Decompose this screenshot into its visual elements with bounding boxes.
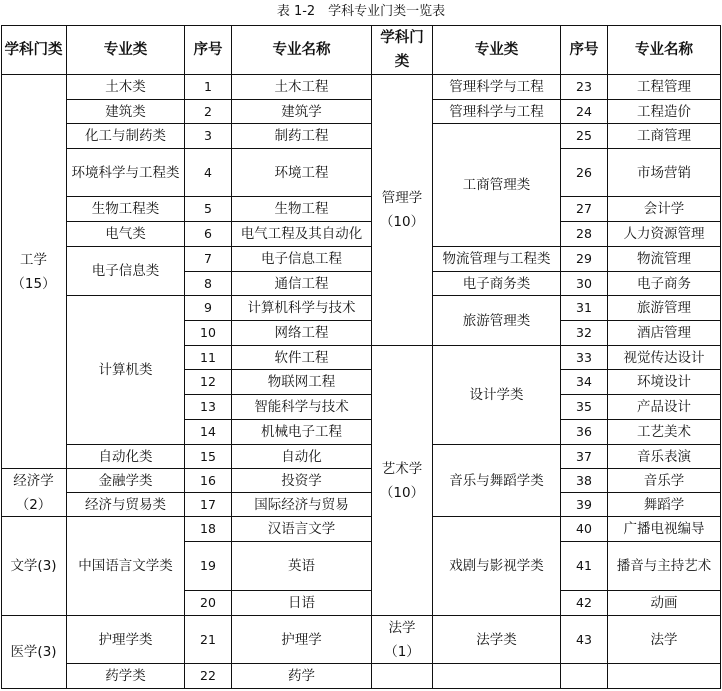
discipline-table: 学科门类专业类序号专业名称学科门类专业类序号专业名称工学 （15）经济学 （2）… [1, 25, 721, 689]
header-discipline-right-text: 学科门类 [374, 26, 430, 74]
major-cell-right-text: 会计学 [644, 197, 685, 221]
index-cell-right-text: 30 [576, 272, 592, 296]
index-cell-left-text: 10 [200, 321, 216, 345]
header-major-right: 专业名称 [608, 25, 721, 75]
category-cell-left: 电子信息类 [67, 247, 185, 296]
major-cell-left-text: 电气工程及其自动化 [241, 222, 363, 246]
category-cell-left-text: 金融学类 [99, 469, 153, 493]
major-cell-right-text: 音乐学 [644, 469, 685, 493]
major-cell-right-text: 工程造价 [637, 100, 691, 124]
major-cell-left: 电气工程及其自动化 [232, 222, 372, 247]
index-cell-right-text: 43 [576, 628, 592, 652]
category-cell-right: 音乐与舞蹈学类 [433, 445, 561, 517]
discipline-cell-left-text: 文学(3) [10, 554, 56, 578]
major-cell-left-text: 自动化 [281, 445, 322, 469]
category-cell-left-text: 计算机类 [99, 358, 153, 382]
major-cell-left: 投资学 [232, 469, 372, 493]
major-cell-right: 舞蹈学 [608, 493, 721, 517]
major-cell-right-text: 舞蹈学 [644, 493, 685, 517]
header-category-right: 专业类 [433, 25, 561, 75]
index-cell-right: 25 [561, 124, 608, 149]
index-cell-right: 29 [561, 247, 608, 272]
major-cell-right: 物流管理 [608, 247, 721, 272]
major-cell-left-text: 制药工程 [275, 124, 329, 148]
major-cell-right-text: 广播电视编导 [624, 517, 705, 541]
index-cell-left: 10 [185, 321, 232, 346]
major-cell-right: 法学 [608, 616, 721, 664]
category-cell-right: 旅游管理类 [433, 296, 561, 346]
category-cell-right-text: 旅游管理类 [463, 309, 531, 333]
major-cell-left: 机械电子工程 [232, 420, 372, 445]
category-cell-left: 化工与制药类 [67, 124, 185, 149]
index-cell-left: 6 [185, 222, 232, 247]
index-cell-left-text: 11 [200, 346, 216, 370]
index-cell-right: 43 [561, 616, 608, 664]
category-cell-left-text: 电气类 [105, 222, 146, 246]
major-cell-left: 生物工程 [232, 197, 372, 222]
category-cell-right-text: 工商管理类 [463, 173, 531, 197]
major-cell-left: 日语 [232, 591, 372, 616]
major-cell-right-text: 物流管理 [637, 247, 691, 271]
index-cell-right: 37 [561, 445, 608, 469]
category-cell-right: 法学类 [433, 616, 561, 664]
index-cell-left: 19 [185, 542, 232, 591]
category-cell-right-text: 音乐与舞蹈学类 [449, 469, 544, 493]
major-cell-left-text: 网络工程 [275, 321, 329, 345]
major-cell-right: 音乐表演 [608, 445, 721, 469]
index-cell-right-text: 29 [576, 247, 592, 271]
category-cell-left: 中国语言文学类 [67, 517, 185, 616]
index-cell-left-text: 12 [200, 370, 216, 394]
index-cell-left-text: 4 [204, 161, 212, 185]
index-cell-left: 11 [185, 346, 232, 370]
index-cell-left-text: 13 [200, 395, 216, 419]
index-cell-left: 4 [185, 149, 232, 197]
discipline-cell-right-text: 管理学 （10） [380, 186, 424, 234]
index-cell-left: 12 [185, 370, 232, 395]
major-cell-right: 人力资源管理 [608, 222, 721, 247]
index-cell-left: 5 [185, 197, 232, 222]
major-cell-left-text: 通信工程 [275, 272, 329, 296]
header-index-right: 序号 [561, 25, 608, 75]
major-cell-right: 播音与主持艺术 [608, 542, 721, 591]
index-cell-right: 23 [561, 75, 608, 100]
discipline-cell-right: 管理学 （10） [372, 75, 433, 346]
index-cell-left: 18 [185, 517, 232, 542]
major-cell-right [608, 664, 721, 689]
index-cell-right: 30 [561, 272, 608, 296]
index-cell-right: 31 [561, 296, 608, 321]
major-cell-right: 工商管理 [608, 124, 721, 149]
major-cell-right: 会计学 [608, 197, 721, 222]
major-cell-right: 环境设计 [608, 370, 721, 395]
header-index-right-text: 序号 [570, 38, 599, 62]
major-cell-right-text: 旅游管理 [637, 296, 691, 320]
major-cell-right: 酒店管理 [608, 321, 721, 346]
category-cell-left: 药学类 [67, 664, 185, 689]
discipline-cell-left: 文学(3) [1, 517, 67, 616]
category-cell-left-text: 电子信息类 [92, 259, 160, 283]
major-cell-right: 视觉传达设计 [608, 346, 721, 370]
major-cell-left: 通信工程 [232, 272, 372, 296]
major-cell-left-text: 物联网工程 [268, 370, 336, 394]
category-cell-right: 电子商务类 [433, 272, 561, 296]
index-cell-right: 40 [561, 517, 608, 542]
major-cell-right: 电子商务 [608, 272, 721, 296]
index-cell-right: 27 [561, 197, 608, 222]
header-category-right-text: 专业类 [475, 38, 519, 62]
category-cell-left-text: 自动化类 [99, 445, 153, 469]
major-cell-right-text: 视觉传达设计 [624, 346, 705, 370]
major-cell-left: 智能科学与技术 [232, 395, 372, 420]
discipline-cell-right: 艺术学 （10） [372, 346, 433, 616]
major-cell-right: 广播电视编导 [608, 517, 721, 542]
index-cell-right: 42 [561, 591, 608, 616]
category-cell-left: 护理学类 [67, 616, 185, 664]
major-cell-left: 自动化 [232, 445, 372, 469]
header-discipline-left: 学科门类 [1, 25, 67, 75]
index-cell-left: 13 [185, 395, 232, 420]
major-cell-left: 网络工程 [232, 321, 372, 346]
major-cell-left: 软件工程 [232, 346, 372, 370]
major-cell-right-text: 环境设计 [637, 370, 691, 394]
major-cell-right-text: 工商管理 [637, 124, 691, 148]
major-cell-right-text: 工程管理 [637, 75, 691, 99]
major-cell-left: 汉语言文学 [232, 517, 372, 542]
discipline-cell-left-text: 医学(3) [10, 640, 56, 664]
index-cell-left: 17 [185, 493, 232, 517]
category-cell-right-text: 管理科学与工程 [449, 100, 544, 124]
major-cell-left-text: 智能科学与技术 [254, 395, 349, 419]
major-cell-left-text: 汉语言文学 [268, 517, 336, 541]
index-cell-left-text: 6 [204, 222, 212, 246]
index-cell-right-text: 38 [576, 469, 592, 493]
major-cell-left: 制药工程 [232, 124, 372, 149]
header-index-left: 序号 [185, 25, 232, 75]
category-cell-left: 电气类 [67, 222, 185, 247]
discipline-cell-right: 法学 （1） [372, 616, 433, 664]
index-cell-right: 26 [561, 149, 608, 197]
index-cell-left: 22 [185, 664, 232, 689]
index-cell-right-text: 37 [576, 445, 592, 469]
major-cell-right: 音乐学 [608, 469, 721, 493]
category-cell-left-text: 化工与制药类 [85, 124, 166, 148]
header-index-left-text: 序号 [194, 38, 223, 62]
index-cell-right: 32 [561, 321, 608, 346]
index-cell-left: 3 [185, 124, 232, 149]
index-cell-right: 36 [561, 420, 608, 445]
major-cell-left-text: 投资学 [281, 469, 322, 493]
header-discipline-left-text: 学科门类 [5, 38, 63, 62]
index-cell-left: 7 [185, 247, 232, 272]
index-cell-left: 21 [185, 616, 232, 664]
discipline-cell-left-text: 经济学 （2） [13, 469, 54, 517]
index-cell-left-text: 14 [200, 420, 216, 444]
index-cell-right: 28 [561, 222, 608, 247]
index-cell-right-text: 39 [576, 493, 592, 517]
index-cell-right-text: 33 [576, 346, 592, 370]
category-cell-left: 环境科学与工程类 [67, 149, 185, 197]
index-cell-left: 1 [185, 75, 232, 100]
major-cell-left: 国际经济与贸易 [232, 493, 372, 517]
index-cell-left: 8 [185, 272, 232, 296]
category-cell-right: 管理科学与工程 [433, 100, 561, 124]
index-cell-left-text: 19 [200, 554, 216, 578]
index-cell-right-text: 26 [576, 161, 592, 185]
header-category-left-text: 专业类 [104, 38, 148, 62]
category-cell-left-text: 护理学类 [99, 628, 153, 652]
index-cell-left-text: 5 [204, 197, 212, 221]
major-cell-right: 市场营销 [608, 149, 721, 197]
header-major-right-text: 专业名称 [635, 38, 693, 62]
category-cell-left-text: 生物工程类 [92, 197, 160, 221]
category-cell-left: 计算机类 [67, 296, 185, 445]
category-cell-right-text: 法学类 [476, 628, 517, 652]
discipline-cell-left-text: 工学 （15） [11, 248, 55, 296]
index-cell-right: 38 [561, 469, 608, 493]
index-cell-left: 9 [185, 296, 232, 321]
major-cell-left-text: 计算机科学与技术 [248, 296, 356, 320]
discipline-cell-left: 经济学 （2） [1, 469, 67, 517]
category-cell-left-text: 经济与贸易类 [85, 493, 166, 517]
category-cell-right: 物流管理与工程类 [433, 247, 561, 272]
category-cell-left-text: 中国语言文学类 [78, 554, 173, 578]
index-cell-right-text: 27 [576, 197, 592, 221]
major-cell-left-text: 药学 [288, 664, 315, 688]
index-cell-right-text: 25 [576, 124, 592, 148]
index-cell-right: 35 [561, 395, 608, 420]
major-cell-left: 电子信息工程 [232, 247, 372, 272]
major-cell-left-text: 生物工程 [275, 197, 329, 221]
index-cell-right: 34 [561, 370, 608, 395]
major-cell-left-text: 日语 [288, 591, 315, 615]
index-cell-right: 39 [561, 493, 608, 517]
major-cell-left-text: 护理学 [281, 628, 322, 652]
category-cell-right-text: 戏剧与影视学类 [449, 554, 544, 578]
category-cell-left-text: 土木类 [105, 75, 146, 99]
discipline-cell-right-text: 法学 （1） [384, 616, 420, 664]
major-cell-right: 动画 [608, 591, 721, 616]
major-cell-right-text: 人力资源管理 [624, 222, 705, 246]
major-cell-right-text: 电子商务 [637, 272, 691, 296]
major-cell-left-text: 英语 [288, 554, 315, 578]
header-discipline-right: 学科门类 [372, 25, 433, 75]
index-cell-right-text: 41 [576, 554, 592, 578]
index-cell-left-text: 9 [204, 296, 212, 320]
index-cell-right-text: 31 [576, 296, 592, 320]
index-cell-right: 33 [561, 346, 608, 370]
category-cell-left: 自动化类 [67, 445, 185, 469]
index-cell-right-text: 23 [576, 75, 592, 99]
index-cell-left-text: 8 [204, 272, 212, 296]
index-cell-left-text: 3 [204, 124, 212, 148]
index-cell-left: 2 [185, 100, 232, 124]
category-cell-left-text: 环境科学与工程类 [72, 161, 180, 185]
major-cell-left-text: 机械电子工程 [261, 420, 342, 444]
category-cell-right-text: 物流管理与工程类 [443, 247, 551, 271]
index-cell-right: 24 [561, 100, 608, 124]
index-cell-left-text: 1 [204, 75, 212, 99]
index-cell-left: 20 [185, 591, 232, 616]
index-cell-left-text: 20 [200, 591, 216, 615]
category-cell-right: 设计学类 [433, 346, 561, 445]
major-cell-left-text: 土木工程 [275, 75, 329, 99]
major-cell-left-text: 电子信息工程 [261, 247, 342, 271]
major-cell-left: 土木工程 [232, 75, 372, 100]
category-cell-right-text: 管理科学与工程 [449, 75, 544, 99]
major-cell-right-text: 音乐表演 [637, 445, 691, 469]
category-cell-left-text: 建筑类 [105, 100, 146, 124]
major-cell-right: 产品设计 [608, 395, 721, 420]
major-cell-right-text: 法学 [651, 628, 678, 652]
major-cell-left: 计算机科学与技术 [232, 296, 372, 321]
index-cell-right-text: 24 [576, 100, 592, 124]
table-title: 表 1-2 学科专业门类一览表 [0, 4, 722, 20]
discipline-cell-left: 工学 （15） [1, 75, 67, 469]
category-cell-left: 土木类 [67, 75, 185, 100]
index-cell-right-text: 42 [576, 591, 592, 615]
category-cell-right: 工商管理类 [433, 124, 561, 247]
index-cell-right: 41 [561, 542, 608, 591]
major-cell-right: 工程造价 [608, 100, 721, 124]
major-cell-left: 建筑学 [232, 100, 372, 124]
major-cell-left-text: 软件工程 [275, 346, 329, 370]
index-cell-right-text: 28 [576, 222, 592, 246]
category-cell-right-text: 电子商务类 [463, 272, 531, 296]
category-cell-right: 管理科学与工程 [433, 75, 561, 100]
major-cell-left-text: 建筑学 [281, 100, 322, 124]
index-cell-right-text: 40 [576, 517, 592, 541]
discipline-cell-right-text: 艺术学 （10） [380, 457, 424, 505]
index-cell-right-text: 34 [576, 370, 592, 394]
index-cell-right-text: 36 [576, 420, 592, 444]
major-cell-right-text: 市场营销 [637, 161, 691, 185]
index-cell-left-text: 18 [200, 517, 216, 541]
category-cell-left: 金融学类 [67, 469, 185, 493]
header-major-left: 专业名称 [232, 25, 372, 75]
index-cell-left-text: 22 [200, 664, 216, 688]
category-cell-right-text: 设计学类 [470, 383, 524, 407]
index-cell-left: 14 [185, 420, 232, 445]
index-cell-left-text: 21 [200, 628, 216, 652]
major-cell-left: 药学 [232, 664, 372, 689]
major-cell-right-text: 播音与主持艺术 [617, 554, 712, 578]
index-cell-left-text: 15 [200, 445, 216, 469]
major-cell-right: 工程管理 [608, 75, 721, 100]
index-cell-right-text: 32 [576, 321, 592, 345]
major-cell-left: 护理学 [232, 616, 372, 664]
major-cell-right-text: 工艺美术 [637, 420, 691, 444]
index-cell-right [561, 664, 608, 689]
category-cell-right [433, 664, 561, 689]
major-cell-left: 物联网工程 [232, 370, 372, 395]
category-cell-left: 经济与贸易类 [67, 493, 185, 517]
index-cell-left-text: 7 [204, 247, 212, 271]
major-cell-right: 旅游管理 [608, 296, 721, 321]
major-cell-left-text: 国际经济与贸易 [254, 493, 349, 517]
category-cell-right: 戏剧与影视学类 [433, 517, 561, 616]
major-cell-left: 环境工程 [232, 149, 372, 197]
header-major-left-text: 专业名称 [273, 38, 331, 62]
index-cell-left-text: 17 [200, 493, 216, 517]
major-cell-right-text: 酒店管理 [637, 321, 691, 345]
index-cell-left: 15 [185, 445, 232, 469]
discipline-cell-left: 医学(3) [1, 616, 67, 689]
index-cell-left-text: 16 [200, 469, 216, 493]
major-cell-left-text: 环境工程 [275, 161, 329, 185]
index-cell-left-text: 2 [204, 100, 212, 124]
header-category-left: 专业类 [67, 25, 185, 75]
major-cell-right-text: 产品设计 [637, 395, 691, 419]
category-cell-left-text: 药学类 [105, 664, 146, 688]
major-cell-right: 工艺美术 [608, 420, 721, 445]
category-cell-left: 建筑类 [67, 100, 185, 124]
category-cell-left: 生物工程类 [67, 197, 185, 222]
index-cell-left: 16 [185, 469, 232, 493]
major-cell-right-text: 动画 [651, 591, 678, 615]
discipline-cell-right [372, 664, 433, 689]
major-cell-left: 英语 [232, 542, 372, 591]
index-cell-right-text: 35 [576, 395, 592, 419]
